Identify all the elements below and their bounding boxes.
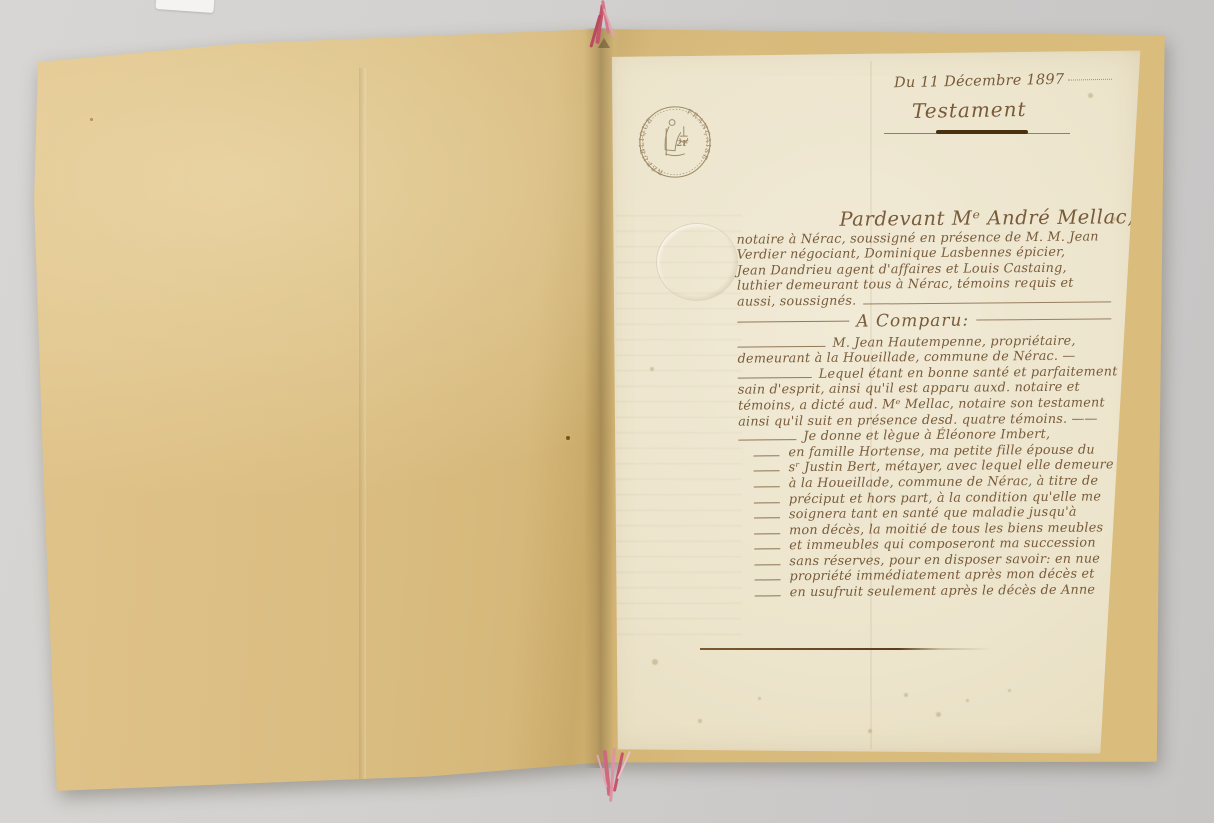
stamp-figure <box>665 120 688 156</box>
revenue-stamp-icon: RÉPUBLIQUE FRANÇAISE 2F <box>636 103 714 181</box>
svg-text:RÉPUBLIQUE: RÉPUBLIQUE <box>638 115 665 176</box>
foxing-spot <box>698 719 702 723</box>
foxing-spot <box>650 367 654 371</box>
photograph-scene: RÉPUBLIQUE FRANÇAISE 2F Du 11 Décembre 1… <box>0 0 1214 823</box>
margin-dash <box>754 549 780 550</box>
manuscript-line: Pardevant Mᵉ André Mellac, <box>736 201 1112 231</box>
margin-dash <box>755 580 781 581</box>
pen-rule <box>738 377 812 379</box>
manuscript-text: Je donne et lègue à Éléonore Imbert, <box>803 427 1050 444</box>
margin-dash <box>754 486 780 487</box>
closing-pen-rule <box>700 648 992 650</box>
ribbon-tassel-bottom <box>597 748 651 810</box>
cover-fold-crease <box>359 68 366 808</box>
manuscript-text: M. Jean Hautempenne, propriétaire, <box>832 333 1075 350</box>
pen-rule <box>737 321 849 323</box>
document-title: Testament <box>912 97 1027 123</box>
foxing-spot <box>652 659 658 665</box>
manuscript-text: luthier demeurant tous à Nérac, témoins … <box>737 276 1074 294</box>
pen-rule <box>863 301 1111 304</box>
foxing-spot <box>966 699 969 702</box>
manuscript-text: en usufruit seulement après le décès de … <box>790 583 1096 601</box>
embossed-seal <box>656 223 738 301</box>
manuscript-text: Pardevant Mᵉ André Mellac, <box>839 205 1134 231</box>
manuscript-lines: Pardevant Mᵉ André Mellac,notaire à Néra… <box>736 201 1115 600</box>
manuscript-text: aussi, soussignés. <box>737 294 856 310</box>
pen-rule <box>738 439 796 441</box>
margin-dash <box>754 502 780 503</box>
cover-spot <box>566 436 570 440</box>
foxing-spot <box>758 697 761 700</box>
document-date: Du 11 Décembre 1897 <box>894 71 1113 92</box>
foxing-spot <box>1008 689 1011 692</box>
foxing-spot <box>1112 217 1116 221</box>
foxing-spot <box>1088 93 1093 98</box>
margin-dash <box>754 564 780 565</box>
margin-dash <box>754 533 780 534</box>
margin-dash <box>754 471 780 472</box>
stamp-value: 2F <box>676 139 689 149</box>
manuscript-text: A Comparu: <box>856 311 969 332</box>
title-underline-bold <box>936 130 1028 134</box>
foxing-spot <box>904 693 908 697</box>
foxing-spot <box>936 712 941 717</box>
pen-rule <box>976 319 1111 321</box>
foxing-spot <box>868 729 872 733</box>
manuscript-text: soignera tant en santé que maladie jusqu… <box>789 505 1077 523</box>
pen-rule <box>738 345 826 347</box>
manuscript-heading: A Comparu: <box>737 306 1113 335</box>
ribbon-tassel-top <box>584 0 624 52</box>
manuscript-page: RÉPUBLIQUE FRANÇAISE 2F Du 11 Décembre 1… <box>606 47 1142 755</box>
margin-dash <box>755 595 781 596</box>
fold-gutter-shadow <box>584 28 614 768</box>
manuscript-line: en usufruit seulement après le décès de … <box>740 582 1116 601</box>
svg-text:FRANÇAISE: FRANÇAISE <box>686 108 713 163</box>
margin-dash <box>753 455 779 456</box>
stamp-text-right: FRANÇAISE <box>686 108 713 163</box>
cover-spot <box>90 118 93 121</box>
margin-dash <box>754 517 780 518</box>
manuscript-line: luthier demeurant tous à Nérac, témoins … <box>737 275 1113 294</box>
stamp-text-left: RÉPUBLIQUE <box>638 115 665 176</box>
manuscript-line: ainsi qu'il suit en présence desd. quatr… <box>738 410 1114 429</box>
manuscript-text: Lequel étant en bonne santé et parfaitem… <box>819 364 1118 382</box>
